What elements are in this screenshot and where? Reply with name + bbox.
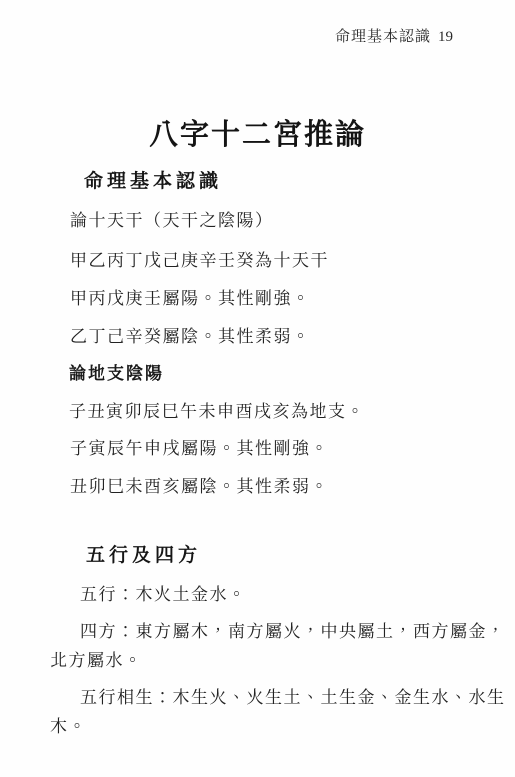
- body-line-mutual-generation-2: 木。: [50, 716, 87, 738]
- body-line-ten-stems: 甲乙丙丁戊己庚辛壬癸為十天干: [70, 250, 329, 272]
- body-line-yang-branches: 子寅辰午申戌屬陽。其性剛強。: [70, 438, 329, 460]
- running-header-chapter: 命理基本認識: [335, 29, 431, 45]
- body-line-yin-branches: 丑卯巳未酉亥屬陰。其性柔弱。: [70, 476, 329, 498]
- body-line-ten-stems-intro: 論十天干（天干之陰陽）: [70, 210, 274, 232]
- body-line-mutual-generation-1: 五行相生：木生火、火生土、土生金、金生水、水生: [80, 687, 506, 709]
- section-heading-basics: 命理基本認識: [84, 171, 222, 193]
- body-line-yin-stems: 乙丁己辛癸屬陰。其性柔弱。: [70, 326, 311, 348]
- body-line-yang-stems: 甲丙戊庚壬屬陽。其性剛強。: [70, 288, 311, 310]
- page-title: 八字十二宮推論: [0, 112, 515, 153]
- body-line-four-directions-1: 四方：東方屬木，南方屬火，中央屬土，西方屬金，: [80, 621, 506, 643]
- book-page: 命理基本認識19 八字十二宮推論 命理基本認識 論十天干（天干之陰陽） 甲乙丙丁…: [0, 0, 515, 777]
- section-heading-five-elements: 五行及四方: [86, 545, 201, 567]
- page-number: 19: [438, 29, 453, 45]
- body-line-five-elements: 五行：木火土金水。: [80, 584, 247, 606]
- section-heading-branches: 論地支陰陽: [69, 363, 164, 385]
- body-line-four-directions-2: 北方屬水。: [50, 650, 143, 672]
- body-line-twelve-branches: 子丑寅卯辰巳午未申酉戌亥為地支。: [69, 401, 365, 423]
- running-header: 命理基本認識19: [335, 25, 453, 46]
